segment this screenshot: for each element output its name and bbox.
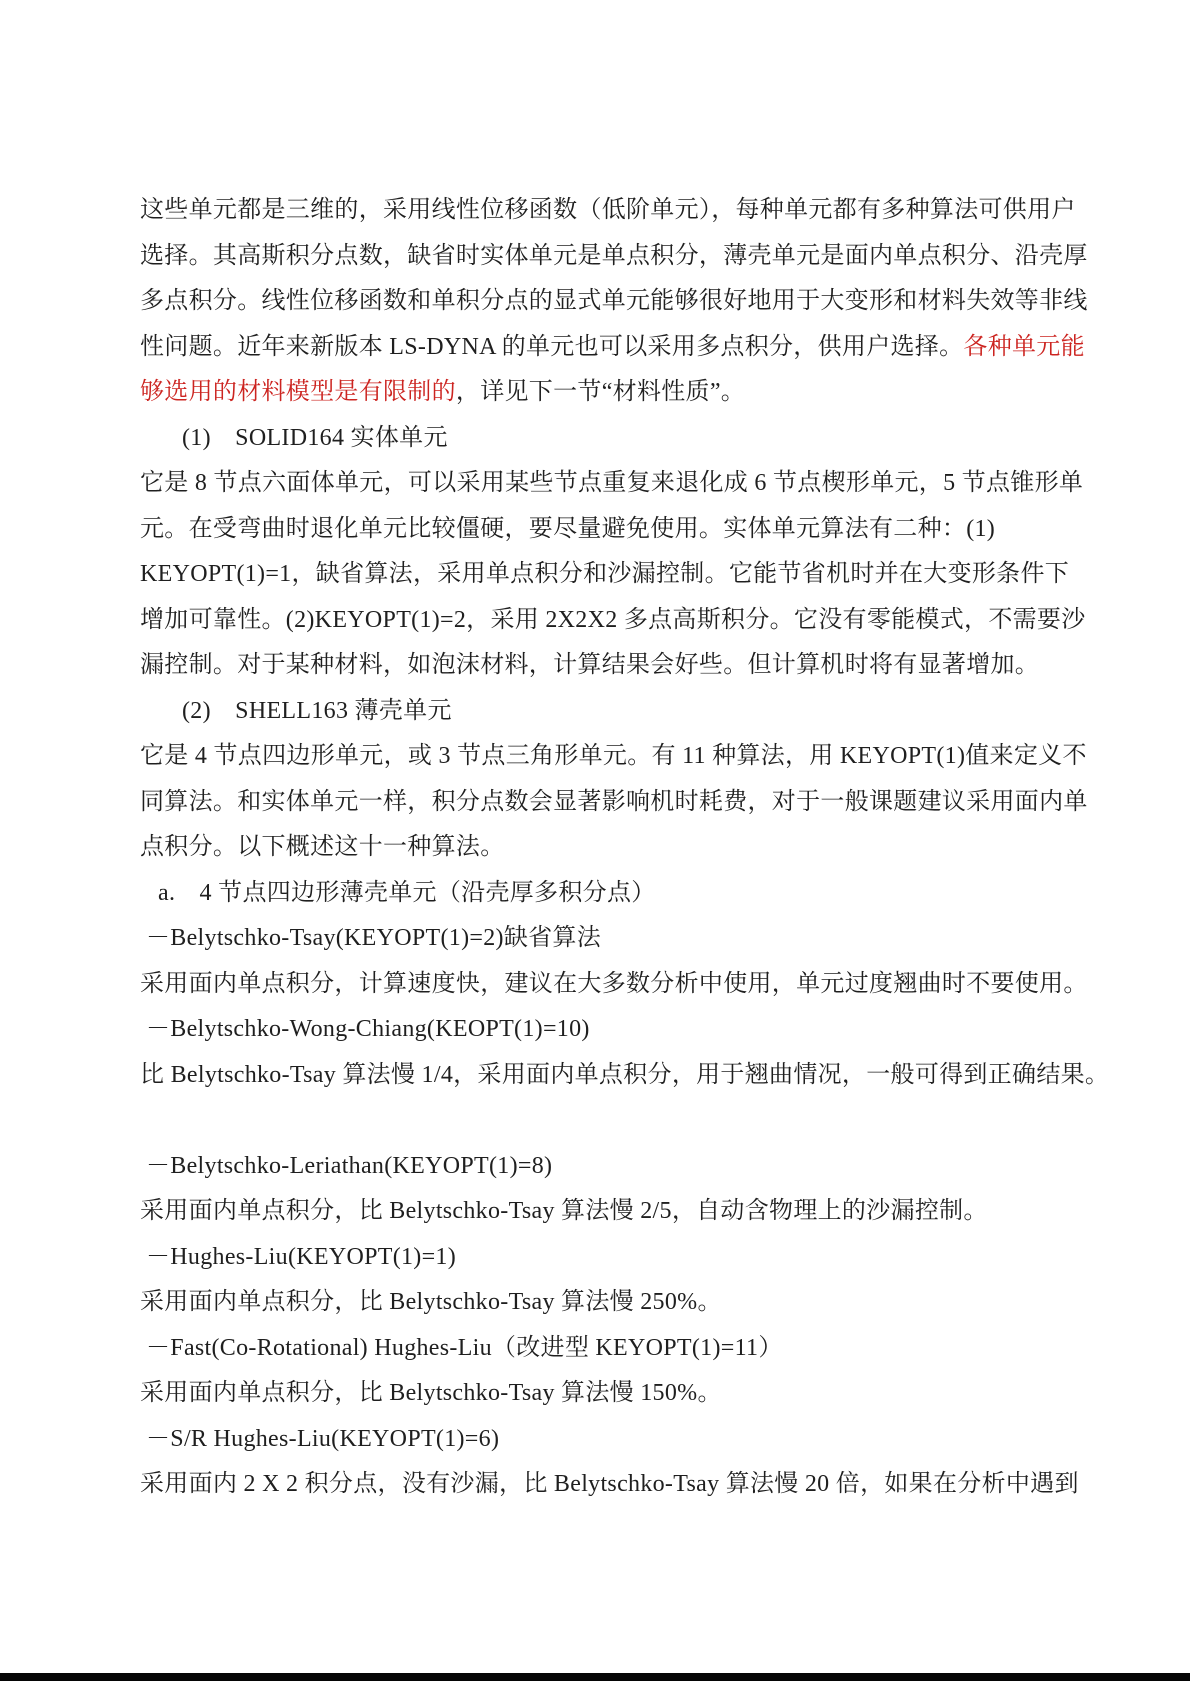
text-run: －Belytschko-Tsay(KEYOPT(1)=2)缺省算法 xyxy=(146,925,601,951)
para2-line-3: KEYOPT(1)=1，缺省算法，采用单点积分和沙漏控制。它能节省机时并在大变形… xyxy=(140,552,1120,598)
text-run: 多点积分。线性位移函数和单积分点的显式单元能够很好地用于大变形和材料失效等非线 xyxy=(140,288,1088,314)
para2-line-5: 漏控制。对于某种材料，如泡沫材料，计算结果会好些。但计算机时将有显著增加。 xyxy=(140,643,1120,689)
text-run: －Fast(Co-Rotational) Hughes-Liu（改进型 KEYO… xyxy=(146,1335,783,1361)
para1-line-3: 多点积分。线性位移函数和单积分点的显式单元能够很好地用于大变形和材料失效等非线 xyxy=(140,279,1120,325)
heading-solid164: (1) SOLID164 实体单元 xyxy=(140,416,1120,462)
desc-sr-hughes-liu: 采用面内 2 X 2 积分点，没有沙漏，比 Belytschko-Tsay 算法… xyxy=(140,1462,1120,1508)
scan-edge-bar xyxy=(0,1673,1190,1681)
para3-line-2: 同算法。和实体单元一样，积分点数会显著影响机时耗费，对于一般课题建议采用面内单 xyxy=(140,780,1120,826)
text-run: －Hughes-Liu(KEYOPT(1)=1) xyxy=(146,1244,456,1270)
text-run: (2) SHELL163 薄壳单元 xyxy=(182,698,452,724)
red-text-run: 各种单元能 xyxy=(963,334,1085,360)
desc-hughes-liu: 采用面内单点积分，比 Belytschko-Tsay 算法慢 250%。 xyxy=(140,1280,1120,1326)
text-run: 点积分。以下概述这十一种算法。 xyxy=(140,834,505,860)
item-hughes-liu: －Hughes-Liu(KEYOPT(1)=1) xyxy=(140,1235,1120,1281)
heading-shell163: (2) SHELL163 薄壳单元 xyxy=(140,689,1120,735)
item-belytschko-tsay: －Belytschko-Tsay(KEYOPT(1)=2)缺省算法 xyxy=(140,916,1120,962)
desc-belytschko-wong-chiang: 比 Belytschko-Tsay 算法慢 1/4，采用面内单点积分，用于翘曲情… xyxy=(140,1053,1120,1099)
text-run: 这些单元都是三维的，采用线性位移函数（低阶单元），每种单元都有多种算法可供用户 xyxy=(140,197,1076,223)
item-sr-hughes-liu: －S/R Hughes-Liu(KEYOPT(1)=6) xyxy=(140,1417,1120,1463)
text-run: 同算法。和实体单元一样，积分点数会显著影响机时耗费，对于一般课题建议采用面内单 xyxy=(140,789,1088,815)
text-run: a. 4 节点四边形薄壳单元（沿壳厚多积分点） xyxy=(158,880,656,906)
para3-line-3: 点积分。以下概述这十一种算法。 xyxy=(140,825,1120,871)
text-run: 采用面内单点积分，比 Belytschko-Tsay 算法慢 150%。 xyxy=(140,1380,722,1406)
text-run: KEYOPT(1)=1，缺省算法，采用单点积分和沙漏控制。它能节省机时并在大变形… xyxy=(140,561,1069,587)
text-run: 增加可靠性。(2)KEYOPT(1)=2，采用 2X2X2 多点高斯积分。它没有… xyxy=(140,607,1086,633)
text-run: ，详见下一节“材料性质”。 xyxy=(456,379,745,405)
item-belytschko-leriathan: －Belytschko-Leriathan(KEYOPT(1)=8) xyxy=(140,1144,1120,1190)
document-page: 这些单元都是三维的，采用线性位移函数（低阶单元），每种单元都有多种算法可供用户选… xyxy=(0,0,1190,1681)
text-run: 采用面内单点积分，计算速度快，建议在大多数分析中使用，单元过度翘曲时不要使用。 xyxy=(140,971,1088,997)
blank-line xyxy=(140,1098,1120,1144)
desc-belytschko-leriathan: 采用面内单点积分，比 Belytschko-Tsay 算法慢 2/5，自动含物理… xyxy=(140,1189,1120,1235)
text-run: 它是 4 节点四边形单元，或 3 节点三角形单元。有 11 种算法，用 KEYO… xyxy=(140,743,1087,769)
text-run: 性问题。近年来新版本 LS-DYNA 的单元也可以采用多点积分，供用户选择。 xyxy=(140,334,963,360)
text-run: 采用面内 2 X 2 积分点，没有沙漏，比 Belytschko-Tsay 算法… xyxy=(140,1471,1079,1497)
para2-line-1: 它是 8 节点六面体单元，可以采用某些节点重复来退化成 6 节点楔形单元，5 节… xyxy=(140,461,1120,507)
text-run: (1) SOLID164 实体单元 xyxy=(182,425,448,451)
text-run: 它是 8 节点六面体单元，可以采用某些节点重复来退化成 6 节点楔形单元，5 节… xyxy=(140,470,1083,496)
red-text-run: 够选用的材料模型是有限制的 xyxy=(140,379,456,405)
para1-line-4: 性问题。近年来新版本 LS-DYNA 的单元也可以采用多点积分，供用户选择。各种… xyxy=(140,325,1120,371)
text-run: 比 Belytschko-Tsay 算法慢 1/4，采用面内单点积分，用于翘曲情… xyxy=(140,1062,1109,1088)
item-fast-hughes-liu: －Fast(Co-Rotational) Hughes-Liu（改进型 KEYO… xyxy=(140,1326,1120,1372)
para1-line-2: 选择。其高斯积分点数，缺省时实体单元是单点积分，薄壳单元是面内单点积分、沿壳厚 xyxy=(140,234,1120,280)
text-run: 采用面内单点积分，比 Belytschko-Tsay 算法慢 2/5，自动含物理… xyxy=(140,1198,988,1224)
text-run: 采用面内单点积分，比 Belytschko-Tsay 算法慢 250%。 xyxy=(140,1289,722,1315)
item-belytschko-wong-chiang: －Belytschko-Wong-Chiang(KEOPT(1)=10) xyxy=(140,1007,1120,1053)
desc-belytschko-tsay: 采用面内单点积分，计算速度快，建议在大多数分析中使用，单元过度翘曲时不要使用。 xyxy=(140,962,1120,1008)
para1-line-5: 够选用的材料模型是有限制的，详见下一节“材料性质”。 xyxy=(140,370,1120,416)
text-run: 选择。其高斯积分点数，缺省时实体单元是单点积分，薄壳单元是面内单点积分、沿壳厚 xyxy=(140,243,1088,269)
text-run: －Belytschko-Leriathan(KEYOPT(1)=8) xyxy=(146,1153,552,1179)
para2-line-2: 元。在受弯曲时退化单元比较僵硬，要尽量避免使用。实体单元算法有二种：(1) xyxy=(140,507,1120,553)
para1-line-1: 这些单元都是三维的，采用线性位移函数（低阶单元），每种单元都有多种算法可供用户 xyxy=(140,188,1120,234)
text-run: －S/R Hughes-Liu(KEYOPT(1)=6) xyxy=(146,1426,499,1452)
text-run: －Belytschko-Wong-Chiang(KEOPT(1)=10) xyxy=(146,1016,590,1042)
document-body: 这些单元都是三维的，采用线性位移函数（低阶单元），每种单元都有多种算法可供用户选… xyxy=(140,188,1120,1508)
para3-line-1: 它是 4 节点四边形单元，或 3 节点三角形单元。有 11 种算法，用 KEYO… xyxy=(140,734,1120,780)
para2-line-4: 增加可靠性。(2)KEYOPT(1)=2，采用 2X2X2 多点高斯积分。它没有… xyxy=(140,598,1120,644)
heading-quad-shell: a. 4 节点四边形薄壳单元（沿壳厚多积分点） xyxy=(140,871,1120,917)
text-run: 漏控制。对于某种材料，如泡沫材料，计算结果会好些。但计算机时将有显著增加。 xyxy=(140,652,1039,678)
desc-fast-hughes-liu: 采用面内单点积分，比 Belytschko-Tsay 算法慢 150%。 xyxy=(140,1371,1120,1417)
text-run: 元。在受弯曲时退化单元比较僵硬，要尽量避免使用。实体单元算法有二种：(1) xyxy=(140,516,995,542)
